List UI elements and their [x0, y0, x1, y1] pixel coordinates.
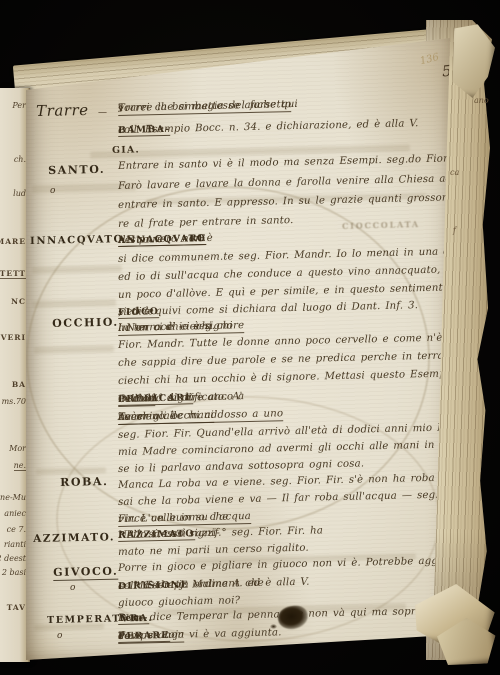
- fore-edge-text-fragment: ano: [474, 96, 489, 105]
- fore-edge-text-fragment: ca: [450, 168, 459, 177]
- manuscript-photo: Perch.ludMARETETTNCVERIBAms.70Morne.ine-…: [0, 0, 500, 675]
- fore-edge-writing: anocaf: [0, 0, 500, 675]
- fore-edge-text-fragment: f: [453, 226, 456, 235]
